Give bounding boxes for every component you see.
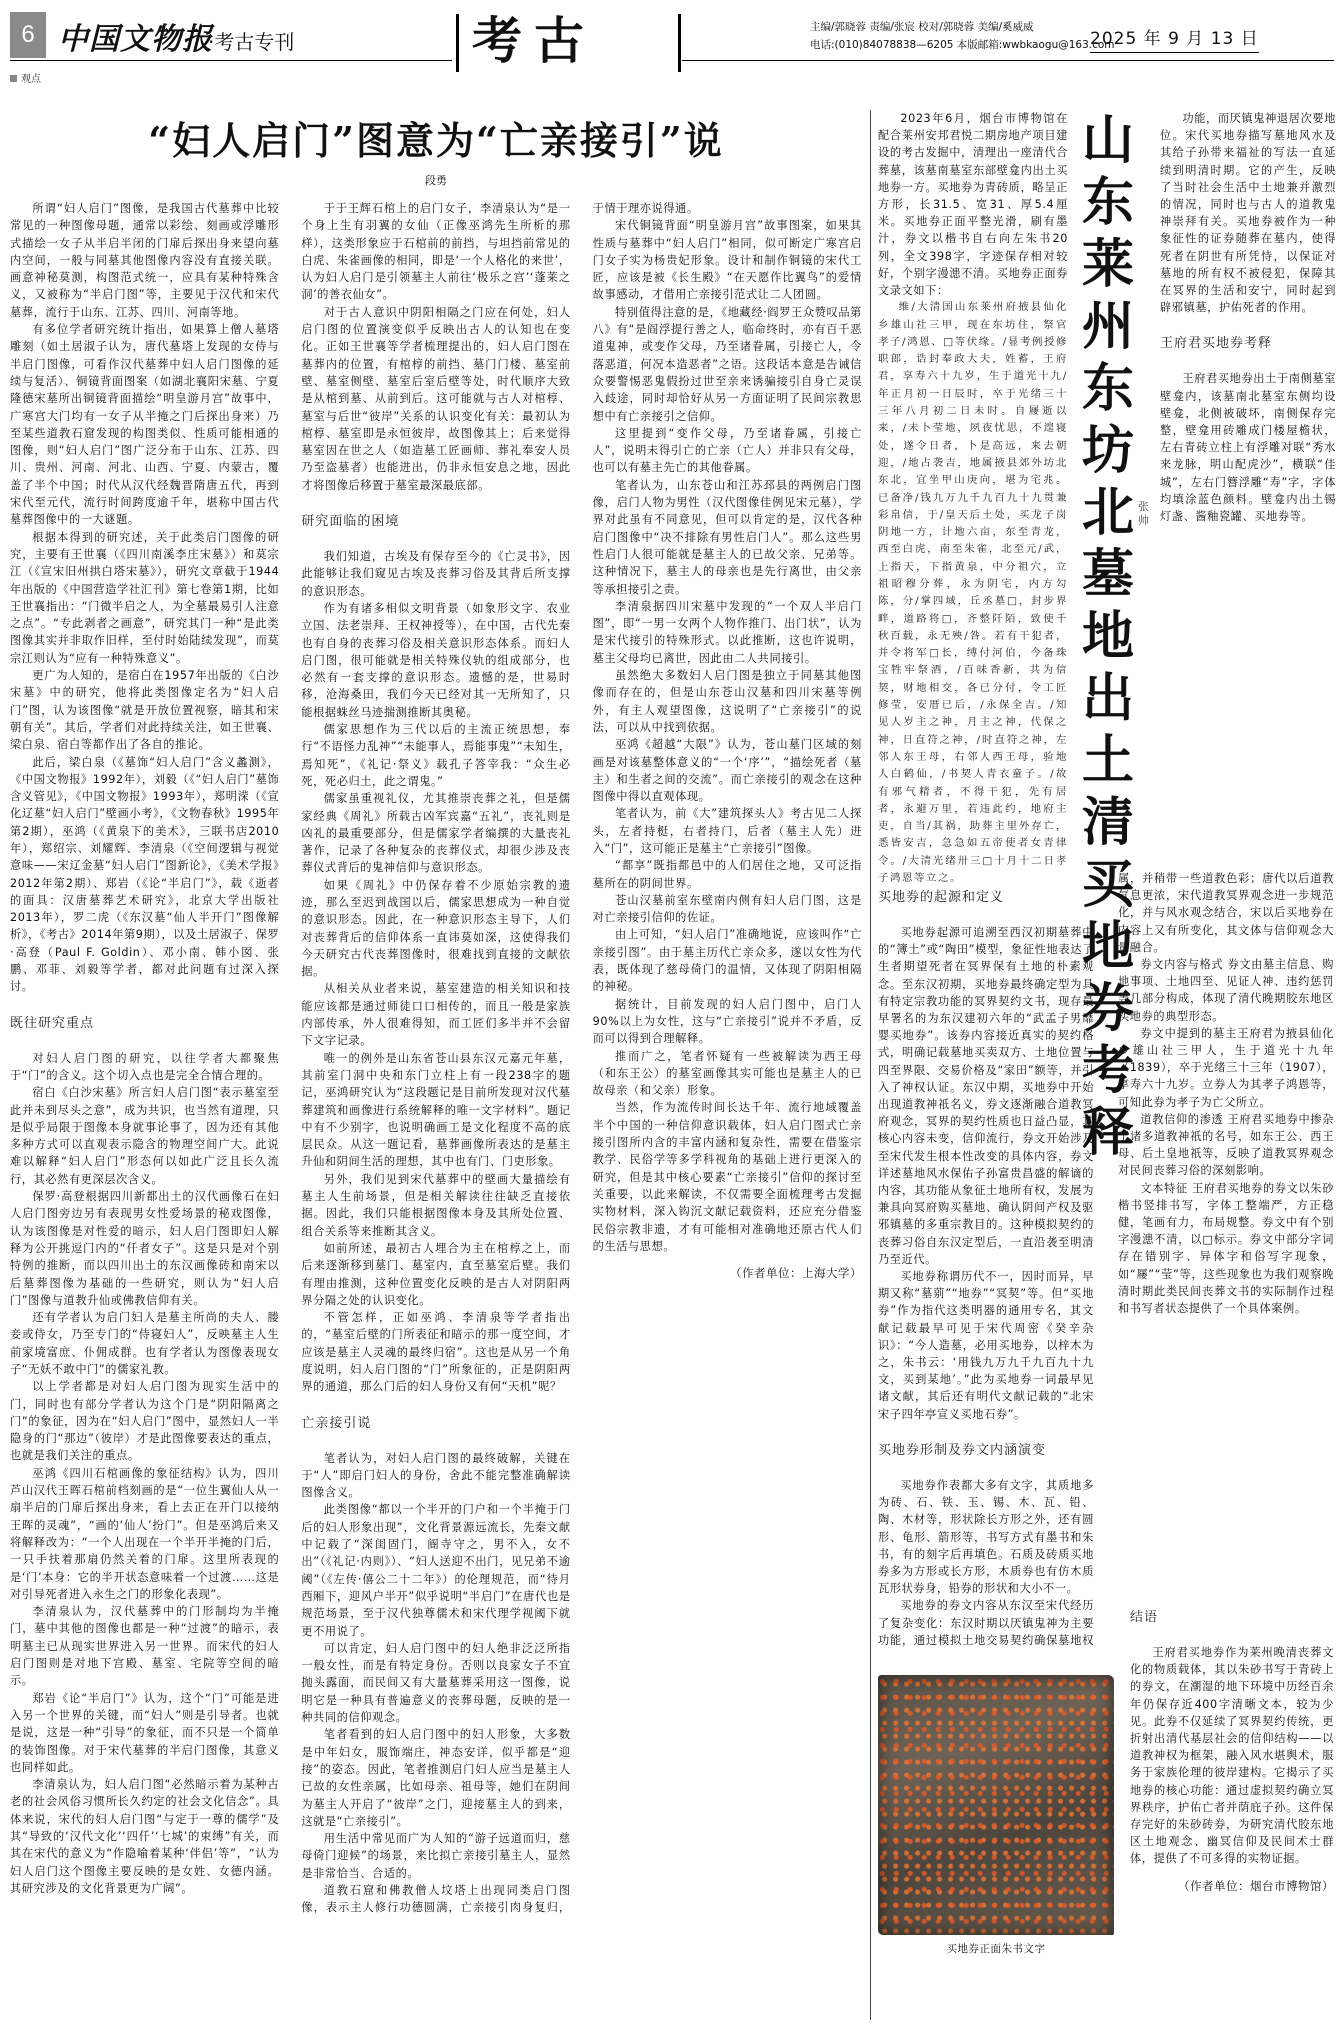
contract-photo-figure: 买地券正面朱书文字 [878,1675,1114,1960]
section-subhead: 既往研究重点 [10,1014,279,1034]
paragraph: 对妇人启门图的研究，以往学者大都聚焦于“门”的含义。这个切入点也是完全合情合理的… [10,1050,279,1085]
paragraph: 用生活中常见而广为人知的“游子远道而归，慈母倚门迎候”的场景，来比拟亡亲接引墓主… [301,1830,570,1882]
edition-label: ·考古专刊 [208,26,294,55]
section-subhead: 研究面临的困境 [301,512,570,532]
paragraph: 推而广之，笔者怀疑有一些被解读为西王母（和东王公）的墓室画像其实可能也是墓主人的… [593,1048,862,1100]
contract-transcription: 维/大清国山东莱州府掖县仙化乡雄山社三甲，现在东坊住，祭官孝子/鸿恩、□等伏缘。… [878,299,1068,887]
credits-contact: 电话:(010)84078838—6205 本版邮箱:wwbkaogu@163.… [810,36,1115,54]
paragraph: 唯一的例外是山东省苍山县东汉元嘉元年墓，其前室门洞中央和东门立柱上有一段238字… [301,1050,570,1171]
figure-caption: 买地券正面朱书文字 [878,1941,1114,1956]
issue-date: 2025 年 9 月 13 日 [1090,24,1259,53]
paragraph: 另外，我们见到宋代墓葬中的壁画大量描绘有墓主人生前场景，但是相关解读往往缺乏直接… [301,1171,570,1240]
divider [678,14,681,72]
section-subhead: 买地券形制及券文内涵演变 [878,1441,1094,1461]
section-subhead: 结语 [1130,1608,1334,1628]
square-bullet-icon [10,75,17,82]
author-affiliation: （作者单位：上海大学） [593,1265,862,1281]
paragraph: 以上学者都是对妇人启门图为现实生活中的门，同时也有部分学者认为这个门是“阴阳隔离… [10,1378,279,1464]
paragraph: 有多位学者研究统计指出，如果算上僧人墓塔雕刻（如土居淑子认为，唐代墓塔上发现的女… [10,321,279,529]
paragraph: 如前所述，最初古人埋合为主在棺椁之上，而后来逐渐移到墓门、墓室内，直至墓室后壁。… [301,1240,570,1309]
paragraph: 虽然绝大多数妇人启门图是独立于同墓其他图像而存在的，但是山东苍山汉墓和四川宋墓等… [593,667,862,736]
paragraph: 儒家虽重视礼仪，尤其推崇丧葬之礼，但是儒家经典《周礼》所载古凶军宾嘉“五礼”，丧… [301,790,570,876]
paragraph: 笔者认为，前《大”建筑探头人》考古见二人探头，左者持梃，右者持门，后者（墓主人先… [593,805,862,857]
paragraph: 于于王辉石棺上的启门女子，李清泉认为“是一个身上生有羽翼的女仙（正像巫鸿先生所析… [301,200,570,304]
paragraph: 郑岩《论“半启门”》认为，这个“门”可能是进入另一个世界的关键，而“妇人”则是引… [10,1690,279,1776]
transcription-text: 维/大清国山东莱州府掖县仙化乡雄山社三甲，现在东坊住，祭官孝子/鸿恩、□等伏缘。… [878,299,1068,887]
paragraph: 所谓“妇人启门”图像，是我国古代墓葬中比较常见的一种图像母题，通常以彩绘、刻画或… [10,200,279,321]
divider [682,60,1334,61]
paragraph: 王府君买地券出土于南侧墓室壁龛内，该墓南北墓室东侧均设壁龛，北侧被破坏，南侧保存… [1160,370,1336,525]
paragraph: 从相关从业者来说，墓室建造的相关知识和技能应该都是通过师徒口口相传的，而且一般是… [301,980,570,1049]
paragraph: 巫鸿《四川石棺画像的象征结构》认为，四川芦山汉代王晖石棺前档刻画的是“一位生翼仙… [10,1465,279,1603]
article-byline: 段勇 [10,172,862,188]
paragraph: 我们知道，古埃及有保存至今的《亡灵书》，因此能够让我们窥见古埃及丧葬习俗及其背后… [301,548,570,600]
paragraph: 宿白《白沙宋墓》所言妇人启门图“表示墓室至此并未到尽头之意”，成为共识，也当然有… [10,1084,279,1188]
divider [456,14,459,72]
editorial-credits: 主编/郭晓蓉 责编/张宸 校对/郭晓蓉 美编/奚威威 电话:(010)84078… [810,18,1115,54]
land-contract-brick-photo [878,1675,1114,1935]
masthead: 6 中国文物报 ·考古专刊 考古 主编/郭晓蓉 责编/张宸 校对/郭晓蓉 美编/… [10,12,1334,62]
article-body-lower: 买地券的起源和定义 买地券起源可追溯至西汉初期墓葬中的“簿土”或“陶田”模型，象… [878,870,1334,1650]
column-tag: 观点 [10,70,41,85]
divider [10,60,452,61]
page-number: 6 [10,12,46,58]
section-subhead: 亡亲接引说 [301,1414,570,1434]
paragraph: 宋代铜镜背面“明皇游月宫”故事图案，如果其性质与墓葬中“妇人启门”相同，似可断定… [593,217,862,303]
section-subhead: 王府君买地券考释 [1160,334,1336,354]
column-tag-label: 观点 [21,74,41,85]
paragraph: 此类图像“都以一个半开的门户和一个半掩于门后的妇人形象出现”，文化背景源远流长，… [301,1501,570,1639]
paragraph: 儒家思想作为三代以后的主流正统思想，奉行“不语怪力乱神”“未能事人，焉能事鬼”“… [301,721,570,790]
paragraph: 李清泉据四川宋墓中发现的“一个双人半启门图”，即“一男一女两个人物作推门、出门状… [593,598,862,667]
article-headline: “妇人启门”图意为“亡亲接引”说 [10,110,862,165]
paragraph: 此后，梁白泉（《墓饰“妇人启门”含义蠡测》，《中国文物报》1992年），刘毅（《… [10,754,279,996]
paragraph: 笔者认为，山东苍山和江苏邳县的两例启门图像，启门人物为男性（汉代图像佳例见宋元墓… [593,477,862,598]
paragraph: 李清泉认为，妇人启门图“必然暗示着为某种古老的社会风俗习惯所长久约定的社会文化信… [10,1776,279,1897]
paragraph: 买地券作表都大多有文字，其质地多为砖、石、铁、玉、锡、木、瓦、铅、陶、木材等，形… [878,1477,1094,1597]
paragraph: 对于古人意识中阴阳相隔之门应在何处，妇人启门图的位置演变似乎反映出古人的认知也在… [301,304,570,494]
conclusion-section: 结语 王府君买地券作为莱州晚清丧葬文化的物质载体，其以朱砂书写于青砖上的券文，在… [1130,1590,1334,1894]
author-affiliation: （作者单位：烟台市博物馆） [1130,1878,1334,1894]
column-divider [870,110,871,2020]
paragraph: 2023年6月，烟台市博物馆在配合莱州安邦君悦二期房地产项目建设的考古发掘中，清… [878,110,1068,299]
paragraph: 保罗·高登根据四川新都出土的汉代画像石在妇人启门图旁边另有表现男女性爱场景的秘戏… [10,1188,279,1309]
paragraph: 作为有诸多相似文明背景（如象形文字、农业立国、法老崇拜、王权神授等），在中国，古… [301,600,570,721]
paragraph: 更广为人知的，是宿白在1957年出版的《白沙宋墓》中的研究，他将此类图像定名为“… [10,667,279,753]
credits-editors: 主编/郭晓蓉 责编/张宸 校对/郭晓蓉 美编/奚威威 [810,18,1115,36]
paragraph: 券文中提到的墓主王府君为掖县仙化乡雄山社三甲人，生于道光十九年（1839），卒于… [1118,1025,1334,1111]
paragraph: 苍山汉墓前室东壁南内侧有妇人启门图，这是对亡亲接引信仰的佐证。 [593,892,862,927]
paragraph: 根据本得到的研究述，关于此类启门图像的研究，主要有王世襄（《四川南溪李庄宋墓》）… [10,529,279,667]
paragraph: “都享”既指都邑中的人们居住之地，又可泛指墓所在的阴间世界。 [593,857,862,892]
paragraph: 巫鸿《超越“大限”》认为，苍山墓门区域的刻画是对该墓整体意义的“一个‘序’”，“… [593,736,862,805]
paragraph: 如果《周礼》中仍保存着不少原始宗教的遗迹，那么至迟到战国以后，儒家思想成为一种自… [301,877,570,981]
paragraph: 这里提到“变作父母，乃至诸眷属，引接亡人”，说明未得引亡的亡亲（亡人）并非只有父… [593,425,862,477]
paragraph: 李清泉认为，汉代墓葬中的门形制均为半掩门，墓中其他的图像也都是一种“过渡”的暗示… [10,1603,279,1689]
article-column: 功能，而厌镇鬼神退居次要地位。宋代买地券描写墓地风水及其给子孙带来福祉的写法一直… [1160,110,1336,525]
paragraph: 买地券称谓历代不一，因时而异，早期又称“墓莂”“地券”“冥契”等。但“买地券”作… [878,1268,1094,1423]
paragraph: 可以肯定，妇人启门图中的妇人绝非泛泛所指一般女性，而是有特定身份。否则以良家女子… [301,1640,570,1726]
article-land-contract: 2023年6月，烟台市博物馆在配合莱州安邦君悦二期房地产项目建设的考古发掘中，清… [878,110,1334,2020]
section-title: 考古 [472,12,596,70]
article-intro-column: 2023年6月，烟台市博物馆在配合莱州安邦君悦二期房地产项目建设的考古发掘中，清… [878,110,1068,887]
paragraph: 文本特征 王府君买地券的券文以朱砂楷书竖排书写，字体工整端严，方正稳健，笔画有力… [1118,1180,1334,1318]
paragraph: 道教信仰的渗透 王府君买地券中掺杂了诸多道教神祇的名号，如东王公、西王母、后土皇… [1118,1111,1334,1180]
article-byline: 张帅 [1138,500,1152,528]
paragraph: 据统计，目前发现的妇人启门图中，启门人90%以上为女性，这与“亡亲接引”说并不矛… [593,996,862,1048]
paragraph: 券文内容与格式 券文由墓主信息、购地事项、土地四至、见证人神、违约惩罚等几部分构… [1118,956,1334,1025]
article-body: 所谓“妇人启门”图像，是我国古代墓葬中比较常见的一种图像母题，通常以彩绘、刻画或… [10,200,862,1920]
article-opinion: “妇人启门”图意为“亡亲接引”说 段勇 所谓“妇人启门”图像，是我国古代墓葬中比… [10,110,862,2020]
newspaper-logo: 中国文物报 [58,14,213,58]
section-subhead: 买地券的起源和定义 [878,888,1094,908]
paragraph: 还有学者认为启门妇人是墓主所尚的夫人、媵妾或侍女，乃至专门的“侍寝妇人”，反映墓… [10,1309,279,1378]
paragraph: 笔者认为，对妇人启门图的最终破解，关键在于“人”即启门妇人的身份，舍此不能完整准… [301,1450,570,1502]
paragraph: 由上可知，“妇人启门”准确地说，应该叫作“亡亲接引图”。由于墓主历代亡亲众多，遂… [593,926,862,995]
paragraph: 不管怎样，正如巫鸿、李清泉等学者指出的，“墓室后壁的门所表征和暗示的那一度空间，… [301,1309,570,1395]
paragraph: 买地券起源可追溯至西汉初期墓葬中的“簿土”或“陶田”模型，象征性地表达了生者期望… [878,924,1094,1268]
paragraph: 功能，而厌镇鬼神退居次要地位。宋代买地券描写墓地风水及其给子孙带来福祉的写法一直… [1160,110,1336,316]
paragraph: 当然，作为流传时间长达千年、流行地域覆盖半个中国的一种信仰意识载体，妇人启门图式… [593,1099,862,1255]
paragraph: 王府君买地券作为莱州晚清丧葬文化的物质载体，其以朱砂书写于青砖上的券文，在潮湿的… [1130,1644,1334,1868]
paragraph: 笔者看到的妇人启门图中的妇人形象，大多数是中年妇女，服饰端庄，神态安详，似乎都是… [301,1726,570,1830]
paragraph: 特别值得注意的是，《地藏经·阎罗王众赞叹品第八》有“是阎浮提行善之人，临命终时，… [593,304,862,425]
